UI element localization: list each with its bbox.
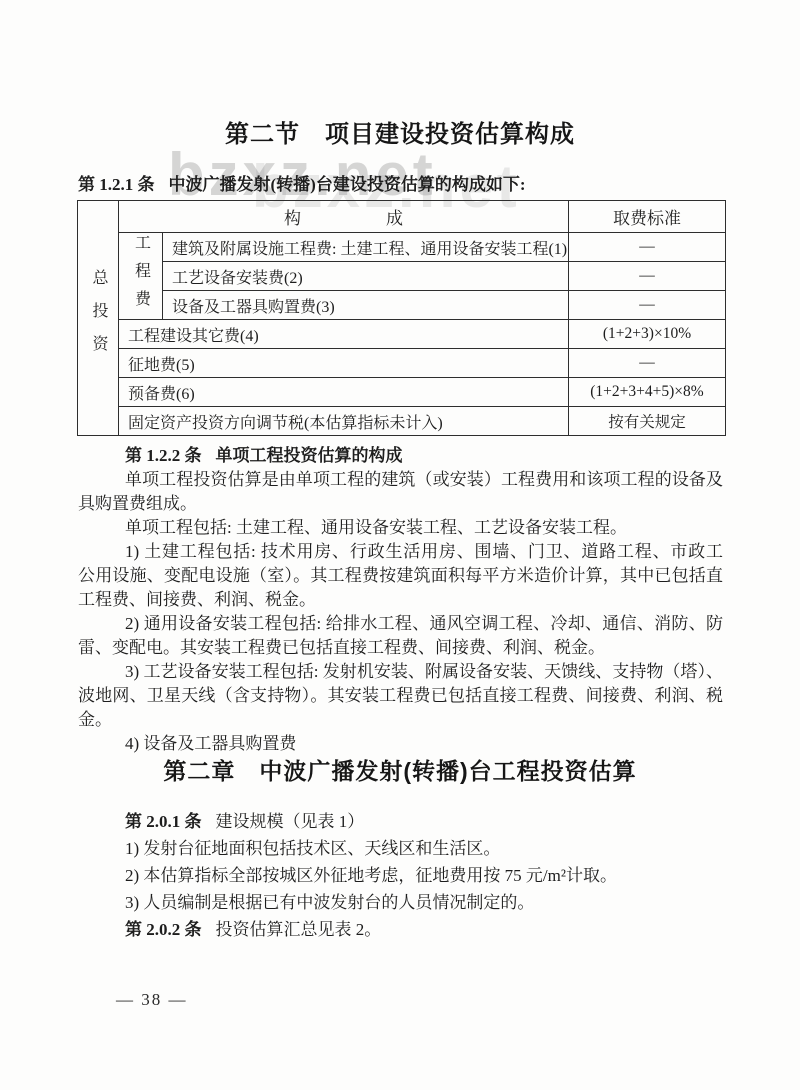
paragraph-line: 具购置费组成。 (78, 492, 723, 516)
table-header-row: 总投资 构 成 取费标准 (78, 201, 726, 233)
clause-2-0-1-label: 第 2.0.1 条 (125, 812, 202, 831)
table-header-standard: 取费标准 (569, 201, 726, 233)
table-header-composition: 构 成 (119, 201, 569, 233)
clause-1-2-1-label: 第 1.2.1 条 (78, 175, 155, 194)
list-item: 1) 发射台征地面积包括技术区、天线区和生活区。 (78, 835, 723, 862)
table-row: 工程费 建筑及附属设施工程费: 土建工程、通用设备安装工程(1) — (78, 233, 726, 262)
paragraph-line: 雷、变配电。其安装工程费已包括直接工程费、间接费、利润、税金。 (78, 636, 723, 660)
table-cell-label: 工程建设其它费(4) (119, 320, 569, 349)
table-cell-standard: — (569, 349, 726, 378)
clause-1-2-2: 第 1.2.2 条单项工程投资估算的构成 (78, 444, 723, 468)
clause-1-2-2-label: 第 1.2.2 条 (125, 446, 202, 465)
paragraph-line: 波地网、卫星天线（含支持物）。其安装工程费已包括直接工程费、间接费、利润、税 (78, 684, 723, 708)
table-cell-label: 征地费(5) (119, 349, 569, 378)
table-cell-standard: — (569, 262, 726, 291)
paragraph-line: 单项工程包括: 土建工程、通用设备安装工程、工艺设备安装工程。 (78, 516, 723, 540)
section-title: 第二节 项目建设投资估算构成 (0, 114, 800, 149)
paragraph-line: 工程费、间接费、利润、税金。 (78, 588, 723, 612)
table-cell-label: 预备费(6) (119, 378, 569, 407)
table-row: 固定资产投资方向调节税(本估算指标未计入) 按有关规定 (78, 407, 726, 436)
clause-2-0-2: 第 2.0.2 条投资估算汇总见表 2。 (78, 916, 723, 943)
table-row: 预备费(6) (1+2+3+4+5)×8% (78, 378, 726, 407)
paragraph-line: 3) 工艺设备安装工程包括: 发射机安装、附属设备安装、天馈线、支持物（塔）、中 (78, 660, 723, 684)
list-item: 3) 人员编制是根据已有中波发射台的人员情况制定的。 (78, 889, 723, 916)
paragraph-line: 公用设施、变配电设施（室）。其工程费按建筑面积每平方米造价计算，其中已包括直接 (78, 564, 723, 588)
table-row: 征地费(5) — (78, 349, 726, 378)
table-cell-label: 设备及工器具购置费(3) (163, 291, 569, 320)
table-cell-total-investment: 总投资 (78, 201, 119, 436)
paragraph-line: 1) 土建工程包括: 技术用房、行政生活用房、围墙、门卫、道路工程、市政工程、 (78, 540, 723, 564)
table-cell-project-cost-group: 工程费 (119, 233, 163, 320)
table-row: 工程建设其它费(4) (1+2+3)×10% (78, 320, 726, 349)
page-number: — 38 — (116, 990, 188, 1010)
table-cell-label: 固定资产投资方向调节税(本估算指标未计入) (119, 407, 569, 436)
section2-body: 第 2.0.1 条建设规模（见表 1） 1) 发射台征地面积包括技术区、天线区和… (78, 808, 723, 943)
table-cell-standard: (1+2+3+4+5)×8% (569, 378, 726, 407)
table-row: 设备及工器具购置费(3) — (78, 291, 726, 320)
clause-2-0-2-label: 第 2.0.2 条 (125, 920, 202, 939)
clause-1-2-1-text: 中波广播发射(转播)台建设投资估算的构成如下: (169, 175, 526, 194)
clause-1-2-1: 第 1.2.1 条中波广播发射(转播)台建设投资估算的构成如下: (78, 170, 723, 195)
table-cell-standard: — (569, 291, 726, 320)
list-item: 2) 本估算指标全部按城区外征地考虑，征地费用按 75 元/m²计取。 (78, 862, 723, 889)
table-cell-standard: 按有关规定 (569, 407, 726, 436)
table-cell-standard: — (569, 233, 726, 262)
project-cost-group-label: 工程费 (133, 234, 149, 318)
investment-composition-table: 总投资 构 成 取费标准 工程费 建筑及附属设施工程费: 土建工程、通用设备安装… (77, 200, 726, 436)
table-cell-label: 建筑及附属设施工程费: 土建工程、通用设备安装工程(1) (163, 233, 569, 262)
clause-2-0-2-text: 投资估算汇总见表 2。 (216, 920, 382, 939)
total-investment-label: 总投资 (90, 269, 106, 368)
table-row: 工艺设备安装费(2) — (78, 262, 726, 291)
clause-2-0-1: 第 2.0.1 条建设规模（见表 1） (78, 808, 723, 835)
table-cell-standard: (1+2+3)×10% (569, 320, 726, 349)
paragraph-line: 金。 (78, 708, 723, 732)
table-cell-label: 工艺设备安装费(2) (163, 262, 569, 291)
clause-1-2-2-text: 单项工程投资估算的构成 (216, 446, 403, 465)
chapter-title: 第二章 中波广播发射(转播)台工程投资估算 (0, 753, 800, 786)
paragraph-line: 2) 通用设备安装工程包括: 给排水工程、通风空调工程、冷却、通信、消防、防 (78, 612, 723, 636)
clause-2-0-1-text: 建设规模（见表 1） (216, 812, 365, 831)
section1-body: 第 1.2.2 条单项工程投资估算的构成 单项工程投资估算是由单项工程的建筑（或… (78, 444, 723, 756)
document-page: bzxz.net bzxz.net 第二节 项目建设投资估算构成 第 1.2.1… (0, 0, 800, 1090)
paragraph-line: 单项工程投资估算是由单项工程的建筑（或安装）工程费用和该项工程的设备及工器 (78, 468, 723, 492)
